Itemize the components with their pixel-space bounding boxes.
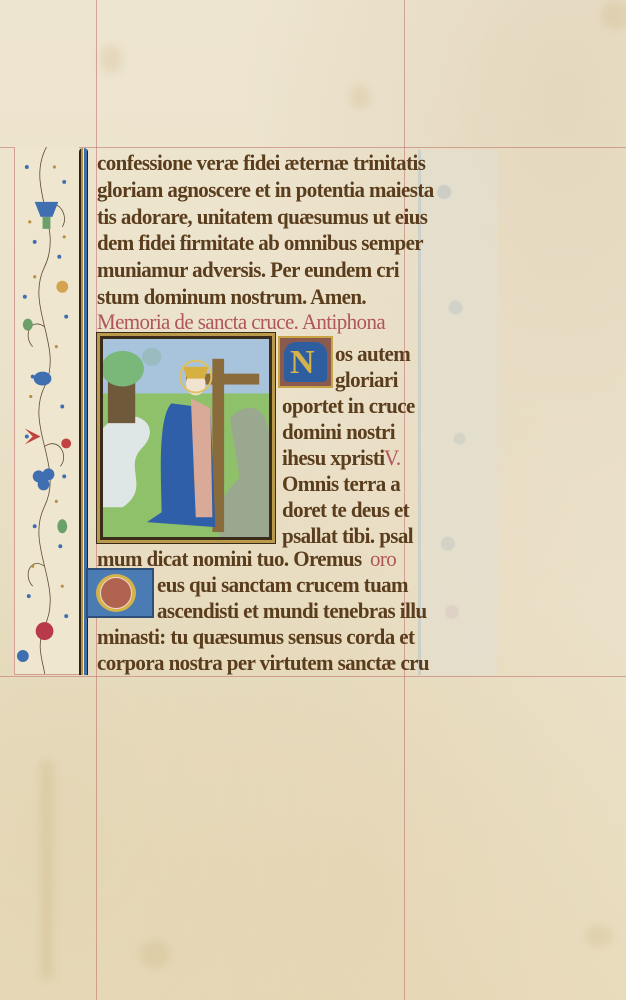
oratio-mark: oro xyxy=(370,545,396,572)
floral-border xyxy=(14,147,79,675)
text-line: gloriari xyxy=(335,366,398,393)
text-line: corpora nostra per virtutem sanctæ cru xyxy=(97,649,429,676)
stain xyxy=(600,0,626,30)
floral-vine-icon xyxy=(15,147,79,674)
text-line: os autem xyxy=(335,340,410,367)
versicle-mark: V. xyxy=(384,444,401,471)
rubric-line: Memoria de sancta cruce. Antiphona xyxy=(97,308,385,335)
text-line: minasti: tu quæsumus sensus corda et xyxy=(97,623,414,650)
text-line: oportet in cruce xyxy=(282,392,415,419)
manuscript-page: confessione veræ fidei æternæ trinitatis… xyxy=(0,0,626,1000)
text-line: ascendisti et mundi tenebras illu xyxy=(157,597,427,624)
text-line: ihesu xpristi xyxy=(282,444,384,471)
text-line: muniamur adversis. Per eundem cri xyxy=(97,256,399,283)
decorated-initial-n: N xyxy=(278,336,333,388)
ruling-line xyxy=(0,147,626,148)
stain xyxy=(350,85,370,109)
text-line: confessione veræ fidei æternæ trinitatis xyxy=(97,149,425,176)
saint-helena-with-cross-icon xyxy=(103,339,269,537)
text-line: Omnis terra a xyxy=(282,470,400,497)
text-line: tis adorare, unitatem quæsumus ut eius xyxy=(97,203,427,230)
decorated-initial-d: D xyxy=(86,568,154,618)
stain xyxy=(100,45,122,73)
initial-letter: N xyxy=(290,344,315,382)
text-line: gloriam agnoscere et in potentia maiesta xyxy=(97,176,434,203)
miniature-painting xyxy=(97,333,275,543)
text-line: doret te deus et xyxy=(282,496,409,523)
stain xyxy=(40,760,54,980)
show-through-border xyxy=(418,150,498,675)
stain xyxy=(140,940,170,968)
stain xyxy=(585,925,613,947)
text-line: stum dominum nostrum. Amen. xyxy=(97,283,366,310)
text-line: eus qui sanctam crucem tuam xyxy=(157,571,408,598)
text-line: domini nostri xyxy=(282,418,395,445)
text-line: dem fidei firmitate ab omnibus semper xyxy=(97,229,423,256)
